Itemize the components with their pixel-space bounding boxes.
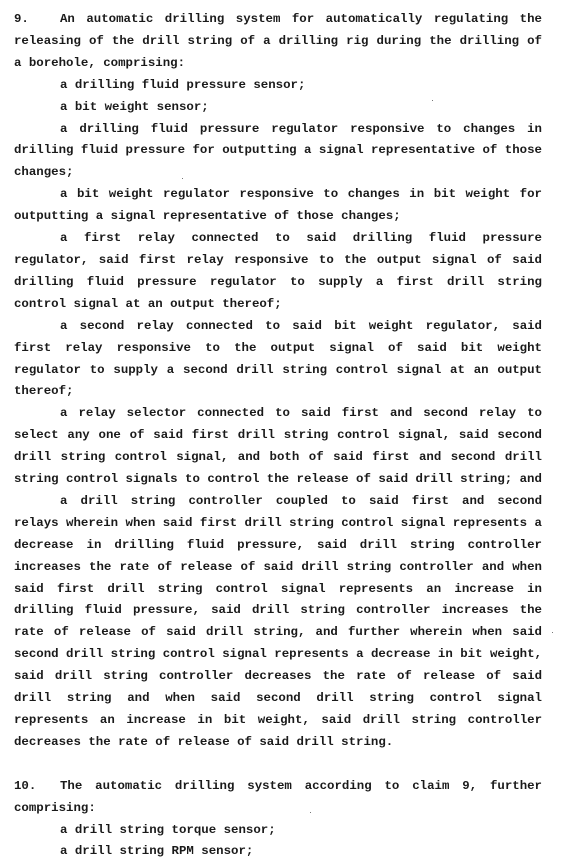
claim-element: a first relay connected to said drilling… [14,228,542,316]
scan-speck [432,100,433,101]
claim-element: a second relay connected to said bit wei… [14,316,542,404]
claim-number: 10. [14,776,60,798]
claim-element: a relay selector connected to said first… [14,403,542,491]
claim-element: a drill string RPM sensor; [14,841,542,863]
claim-element: a drill string torque sensor; [14,820,542,842]
claim-9: 9.An automatic drilling system for autom… [14,9,542,754]
scan-speck [182,178,183,179]
claim-element: a bit weight regulator responsive to cha… [14,184,542,228]
claim-element: a drilling fluid pressure regulator resp… [14,119,542,185]
document-page: 9.An automatic drilling system for autom… [14,9,542,863]
claim-preamble-text: An automatic drilling system for automat… [14,12,542,70]
claim-element: a drill string controller coupled to sai… [14,491,542,754]
claim-element: a bit weight sensor; [14,97,542,119]
scan-speck [552,632,553,633]
claim-10-preamble: 10.The automatic drilling system accordi… [14,776,542,820]
claim-number: 9. [14,9,60,31]
claim-10: 10.The automatic drilling system accordi… [14,776,542,863]
claim-element: a drilling fluid pressure sensor; [14,75,542,97]
claim-9-preamble: 9.An automatic drilling system for autom… [14,9,542,75]
claim-preamble-text: The automatic drilling system according … [14,779,542,815]
scan-speck [310,812,311,813]
